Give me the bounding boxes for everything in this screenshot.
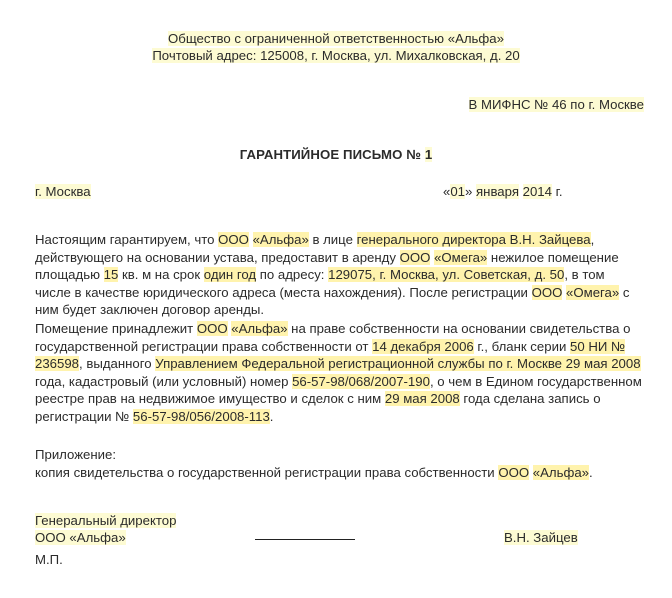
highlighted-field: Управлением Федеральной регистрационной …: [155, 356, 640, 371]
attachment-org-form: ООО: [498, 465, 529, 480]
paragraph-line: государственной регистрации права собств…: [35, 338, 645, 356]
text-segment: Помещение принадлежит: [35, 321, 197, 336]
text-segment: регистрации №: [35, 409, 133, 424]
text-segment: г., бланк серии: [474, 339, 570, 354]
text-segment: реестре прав на недвижимое имущество и с…: [35, 391, 385, 406]
paragraph-line: действующего на основании устава, предос…: [35, 249, 645, 267]
signatory-name: В.Н. Зайцев: [504, 530, 578, 545]
paragraph-line: ним будет заключен договор аренды.: [35, 301, 645, 319]
signatory-company: ООО «Альфа»: [35, 530, 126, 545]
attachment-label: Приложение:: [35, 446, 116, 464]
highlighted-field: «Альфа»: [253, 232, 309, 247]
paragraph-line: Настоящим гарантируем, что ООО «Альфа» в…: [35, 231, 645, 249]
text-segment: в лице: [309, 232, 357, 247]
letter-number: 1: [425, 147, 432, 162]
signature-line: [255, 539, 355, 540]
date-day: 01: [450, 184, 465, 199]
paragraph-line: года, кадастровый (или условный) номер 5…: [35, 373, 645, 391]
signatory-position-line: Генеральный директор: [35, 512, 176, 530]
text-segment: по адресу:: [256, 267, 328, 282]
postal-address-line: Почтовый адрес: 125008, г. Москва, ул. М…: [0, 47, 672, 65]
signatory-position: Генеральный директор: [35, 513, 176, 528]
text-segment: года, кадастровый (или условный) номер: [35, 374, 292, 389]
addressee-line: В МИФНС № 46 по г. Москве: [469, 96, 645, 114]
highlighted-field: 56-57-98/056/2008-113: [133, 409, 270, 424]
highlighted-field: В.Н. Зайцева: [506, 232, 591, 247]
signatory-name-line: В.Н. Зайцев: [504, 529, 578, 547]
highlighted-field: 15: [104, 267, 119, 282]
ownership-paragraph: Помещение принадлежит ООО «Альфа» на пра…: [35, 320, 645, 425]
guarantee-paragraph: Настоящим гарантируем, что ООО «Альфа» в…: [35, 231, 645, 319]
text-segment: [249, 232, 253, 247]
highlighted-field: 56-57-98/068/2007-190: [292, 374, 430, 389]
date-month: января: [476, 184, 519, 199]
highlighted-field: 29 мая 2008: [385, 391, 460, 406]
text-segment: ним будет заключен договор аренды.: [35, 302, 264, 317]
highlighted-field: ООО: [532, 285, 563, 300]
highlighted-field: «Альфа»: [231, 321, 287, 336]
text-segment: года сделана запись о: [460, 391, 601, 406]
postal-address: Почтовый адрес: 125008, г. Москва, ул. М…: [152, 48, 519, 63]
text-segment: ,: [591, 232, 595, 247]
attachment-org-name: «Альфа»: [533, 465, 589, 480]
text-segment: , о чем в Едином государственном: [430, 374, 642, 389]
text-segment: Настоящим гарантируем, что: [35, 232, 218, 247]
place: г. Москва: [35, 184, 91, 199]
text-segment: действующего на основании устава, предос…: [35, 250, 400, 265]
date-line: «01» января 2014 г.: [443, 183, 563, 201]
highlighted-field: один год: [204, 267, 256, 282]
attachment-text: копия свидетельства о государственной ре…: [35, 464, 593, 482]
signatory-company-line: ООО «Альфа»: [35, 529, 126, 547]
addressee: В МИФНС № 46 по г. Москве: [469, 97, 645, 112]
text-segment: числе в качестве юридического адреса (ме…: [35, 285, 532, 300]
highlighted-field: 14 декабря 2006: [372, 339, 474, 354]
highlighted-field: ООО: [218, 232, 249, 247]
company-name: Общество с ограниченной ответственностью…: [168, 31, 504, 46]
highlighted-field: ООО: [197, 321, 228, 336]
paragraph-line: 236598, выданного Управлением Федерально…: [35, 355, 645, 373]
highlighted-field: «Омега»: [566, 285, 619, 300]
company-header: Общество с ограниченной ответственностью…: [0, 30, 672, 48]
title-prefix: ГАРАНТИЙНОЕ ПИСЬМО №: [240, 147, 425, 162]
paragraph-line: числе в качестве юридического адреса (ме…: [35, 284, 645, 302]
text-segment: кв. м на срок: [118, 267, 203, 282]
text-segment: , выданного: [79, 356, 155, 371]
text-segment: государственной регистрации права собств…: [35, 339, 372, 354]
date-year: 2014: [523, 184, 552, 199]
paragraph-line: регистрации № 56-57-98/056/2008-113.: [35, 408, 645, 426]
place-line: г. Москва: [35, 183, 91, 201]
text-segment: нежилое помещение: [487, 250, 618, 265]
highlighted-field: 236598: [35, 356, 79, 371]
text-segment: с: [619, 285, 629, 300]
text-segment: площадью: [35, 267, 104, 282]
stamp-mark: М.П.: [35, 551, 63, 569]
paragraph-line: реестре прав на недвижимое имущество и с…: [35, 390, 645, 408]
text-segment: , в том: [564, 267, 604, 282]
paragraph-line: Помещение принадлежит ООО «Альфа» на пра…: [35, 320, 645, 338]
highlighted-field: 50 НИ №: [570, 339, 625, 354]
document-title: ГАРАНТИЙНОЕ ПИСЬМО № 1: [0, 146, 672, 164]
text-segment: на праве собственности на основании свид…: [288, 321, 631, 336]
paragraph-line: площадью 15 кв. м на срок один год по ад…: [35, 266, 645, 284]
highlighted-field: ООО: [400, 250, 431, 265]
highlighted-field: 129075, г. Москва, ул. Советская, д. 50: [328, 267, 564, 282]
highlighted-field: «Омега»: [434, 250, 487, 265]
text-segment: .: [270, 409, 274, 424]
highlighted-field: генерального директора: [357, 232, 506, 247]
